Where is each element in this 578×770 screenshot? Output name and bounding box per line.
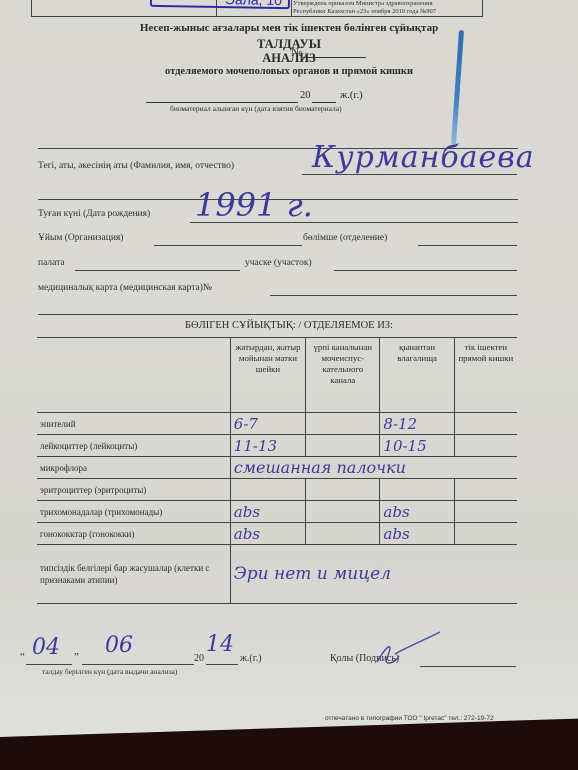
sample-year-field[interactable] <box>312 102 336 103</box>
table-row: микрофлора смешанная палочки <box>37 457 517 479</box>
table-row: эпителий 6-7 8-12 <box>37 413 517 435</box>
row-label: микрофлора <box>37 457 230 479</box>
district-label: учаске (участок) <box>245 258 312 268</box>
cell-value[interactable] <box>306 501 380 523</box>
approval-line-2: Республики Казахстан «23» ноября 2010 го… <box>293 8 483 16</box>
row-label: эпителий <box>37 413 230 435</box>
cell-value[interactable] <box>306 413 380 435</box>
issue-day-value: 04 <box>32 635 60 660</box>
heading-russian: отделяемого мочеполовых органов и прямой… <box>0 66 578 77</box>
cell-value[interactable] <box>306 479 380 501</box>
birth-date-value: 1991 г. <box>195 186 313 224</box>
cell-value[interactable] <box>454 413 517 435</box>
column-header: тік ішектен прямой кишки <box>454 338 517 413</box>
organization-label: Ұйым (Организация) <box>38 233 123 243</box>
table-row: типсіздік белгілері бар жасушалар (клетк… <box>37 545 517 604</box>
table-row: лейкоциттер (лейкоциты) 11-13 10-15 <box>37 435 517 457</box>
ward-label: палата <box>38 258 65 268</box>
cell-value[interactable]: abs <box>380 501 454 523</box>
issue-month-value: 06 <box>105 633 133 658</box>
number-label: № <box>291 45 302 60</box>
approval-line-1: Утверждена приказом Министра здравоохран… <box>293 0 483 8</box>
sample-date-caption: биоматериал алынған күн (дата взятия био… <box>170 104 342 113</box>
column-header: үрпі каналынан мочеиспус-кательного кана… <box>306 338 380 413</box>
signature-mark <box>365 628 445 668</box>
heading-ru: АНАЛИЗ <box>0 51 578 65</box>
cell-value[interactable] <box>454 435 517 457</box>
row-label: гонококктар (гонококки) <box>37 523 230 545</box>
cell-value[interactable]: Эри нет и мицел <box>230 545 517 604</box>
sample-date-field[interactable] <box>146 102 298 103</box>
cell-value[interactable]: abs <box>230 523 305 545</box>
cell-value[interactable] <box>380 479 454 501</box>
cell-value[interactable] <box>230 479 305 501</box>
column-header: жатырдан, жатыр мойынан матки шейки <box>230 338 305 413</box>
cell-value[interactable] <box>306 435 380 457</box>
medical-card-label: медициналық карта (медицинская карта)№ <box>38 283 212 293</box>
birth-date-label: Туған күні (Дата рождения) <box>38 209 150 219</box>
cell-value[interactable]: 8-12 <box>380 413 454 435</box>
cell-value[interactable] <box>306 523 380 545</box>
issue-month-field[interactable] <box>82 664 194 665</box>
sample-year-suffix: ж.(г.) <box>340 90 363 101</box>
cell-value[interactable] <box>454 479 517 501</box>
table-row: трихомонадалар (трихомонады) abs abs <box>37 501 517 523</box>
cell-value[interactable] <box>454 523 517 545</box>
row-label: трихомонадалар (трихомонады) <box>37 501 230 523</box>
divider-line <box>38 314 518 315</box>
table-row: эритроциттер (эритроциты) <box>37 479 517 501</box>
cell-value[interactable]: 10-15 <box>380 435 454 457</box>
issue-day-field[interactable] <box>26 664 72 665</box>
sample-year-prefix: 20 <box>300 90 311 101</box>
number-field[interactable] <box>303 57 366 58</box>
table-row: гонококктар (гонококки) abs abs <box>37 523 517 545</box>
cell-value[interactable]: 11-13 <box>230 435 305 457</box>
heading-kazakh: Несеп-жыныс ағзалары мен тік ішектен бөл… <box>0 22 578 34</box>
department-label: бөлімше (отделение) <box>303 233 387 243</box>
table-header-row: жатырдан, жатыр мойынан матки шейки үрпі… <box>37 338 517 413</box>
form-sheet: Эала, 10 Утверждена приказом Министра зд… <box>0 0 578 737</box>
department-field[interactable] <box>418 245 517 246</box>
cell-value[interactable]: abs <box>380 523 454 545</box>
ward-field[interactable] <box>75 270 240 271</box>
row-label: лейкоциттер (лейкоциты) <box>37 435 230 457</box>
issue-year-value: 14 <box>206 632 234 657</box>
district-field[interactable] <box>334 270 517 271</box>
column-header: қынаптан влагалища <box>380 338 454 413</box>
printer-note: отпечатано в типографии ТОО " Іргетас" т… <box>325 715 494 722</box>
table-heading: БӨЛІГЕН СҰЙЫҚТЫҚ: / ОТДЕЛЯЕМОЕ ИЗ: <box>0 320 578 331</box>
row-label: типсіздік белгілері бар жасушалар (клетк… <box>37 545 230 604</box>
cell-value[interactable]: смешанная палочки <box>230 457 517 479</box>
cell-value[interactable]: abs <box>230 501 305 523</box>
organization-field[interactable] <box>154 245 302 246</box>
issue-year-field[interactable] <box>206 664 238 665</box>
results-table: жатырдан, жатыр мойынан матки шейки үрпі… <box>37 337 517 604</box>
cell-value[interactable]: 6-7 <box>230 413 305 435</box>
header-empty <box>37 338 230 413</box>
issue-year-suffix: ж.(г.) <box>240 653 262 664</box>
full-name-value: Курманбаева <box>312 140 535 175</box>
medical-card-field[interactable] <box>270 295 517 296</box>
heading-kz: ТАЛДАУЫ <box>0 37 578 51</box>
issue-date-caption: талдау берілген күн (дата выдачи анализа… <box>42 667 177 676</box>
row-label: эритроциттер (эритроциты) <box>37 479 230 501</box>
cell-value[interactable] <box>454 501 517 523</box>
heading-analysis: ТАЛДАУЫ АНАЛИЗ <box>0 37 578 65</box>
issue-year-prefix: 20 <box>194 653 204 664</box>
full-name-label: Тегі, аты, әкесінің аты (Фамилия, имя, о… <box>38 161 234 171</box>
approval-note: Утверждена приказом Министра здравоохран… <box>293 0 483 15</box>
